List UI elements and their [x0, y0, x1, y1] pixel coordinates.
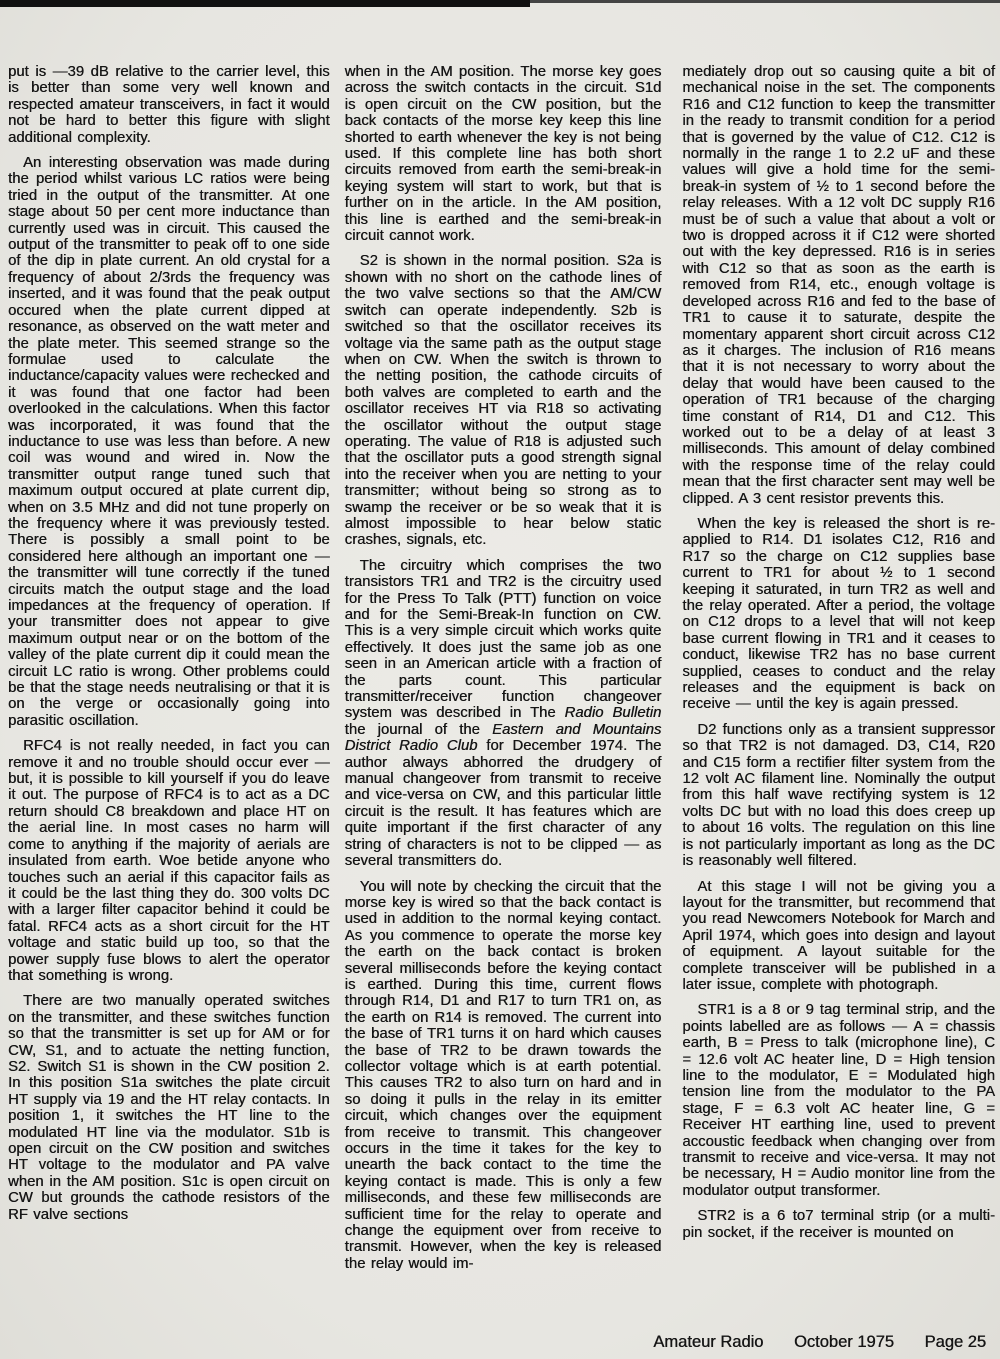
paragraph: An interesting observation was made duri…: [8, 155, 330, 729]
paragraph: D2 functions only as a transient suppres…: [682, 722, 995, 870]
paragraph: when in the AM position. The morse key g…: [345, 64, 662, 244]
text-column-2: when in the AM position. The morse key g…: [345, 64, 662, 1281]
paragraph: When the key is released the short is re…: [682, 516, 995, 713]
journal-title: Amateur Radio: [653, 1332, 763, 1352]
paragraph: RFC4 is not really needed, in fact you c…: [8, 738, 330, 984]
paragraph: S2 is shown in the normal position. S2a …: [345, 253, 662, 548]
paragraph: The circuitry which comprises the two tr…: [345, 558, 662, 870]
text-column-1: put is —39 dB relative to the carrier le…: [8, 64, 330, 1281]
paragraph: mediately drop out so causing quite a bi…: [682, 64, 995, 507]
paragraph: STR1 is a 8 or 9 tag terminal strip, and…: [682, 1002, 995, 1199]
scan-artifact-top-line: [530, 0, 1000, 3]
paragraph: You will note by checking the circuit th…: [345, 879, 662, 1273]
paragraph: There are two manually operated switches…: [8, 993, 330, 1223]
magazine-page: put is —39 dB relative to the carrier le…: [0, 0, 1000, 1359]
paragraph: STR2 is a 6 to7 terminal strip (or a mul…: [682, 1208, 995, 1241]
page-footer: Amateur Radio October 1975 Page 25: [653, 1332, 986, 1352]
issue-date: October 1975: [794, 1332, 894, 1352]
scan-artifact-top-bar: [0, 0, 530, 7]
paragraph: put is —39 dB relative to the carrier le…: [8, 64, 330, 146]
text-column-3: mediately drop out so causing quite a bi…: [682, 64, 995, 1281]
article-body: put is —39 dB relative to the carrier le…: [0, 64, 1000, 1281]
page-number: Page 25: [925, 1332, 986, 1352]
paragraph: At this stage I will not be giving you a…: [682, 879, 995, 994]
